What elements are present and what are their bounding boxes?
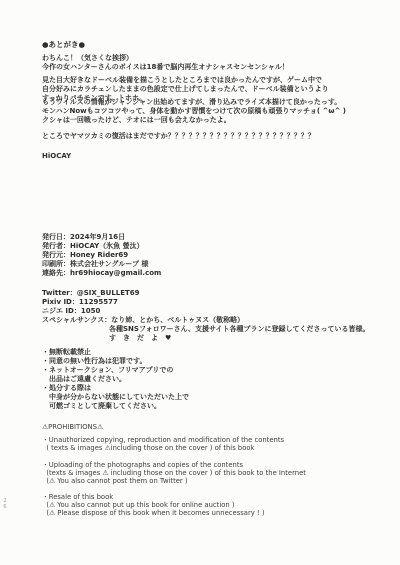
afterword-paragraph-wilds: もうワイルズの情報がジャンジャン出始めてますが、滑り込みでライズ本描けて良かった… (42, 98, 346, 125)
afterword-title: ●あとがき● (42, 40, 85, 49)
author-signature: HiOCAY (42, 152, 71, 161)
page-number: 26 (2, 498, 8, 510)
prohibition-item-copying: ・Unauthorized copying, reproduction and … (42, 436, 284, 452)
colophon-publisher: 発行者：HiOCAY（氷魚 螢汰） (42, 242, 144, 251)
afterword-paragraph-greeting: わちんこ！（気さくな挨拶） 今作の女ハンターさんのボイスは18番で脳内再生オナシ… (42, 54, 289, 72)
colophon-contact-email: 連絡先：hr69hiocay@gmail.com (42, 269, 161, 278)
notice-no-repost: ・無断転載禁止 (42, 348, 91, 357)
prohibition-item-resale: ・Resale of this book (⚠ You also cannot … (42, 493, 264, 517)
afterword-question-line: ところでヤマツカミの復活はまだですか？？？？？？？？？？？？？？？？？？？？？ (42, 132, 315, 141)
prohibition-item-uploading: ・Uploading of the photographs and copies… (42, 461, 306, 485)
notice-disposal: ・処分する際は 中身が分からない状態にしていただいた上で 可燃ゴミとして廃棄して… (42, 384, 189, 411)
special-thanks: スペシャルサンクス：なり姉、とかち、ベルトゥヌス（敬称略） 各種SNSフォロワー… (42, 316, 370, 343)
prohibitions-title: ⚠PROHIBITIONS⚠ (42, 423, 103, 431)
sns-pixiv-id: Pixiv ID：11295577 (42, 298, 118, 307)
colophon-label: 発行元：Honey Rider69 (42, 251, 128, 260)
sns-twitter-handle: Twitter：@SIX_BULLET69 (42, 289, 140, 298)
notice-no-auction: ・ネットオークション、フリマアプリでの 出品はご遠慮ください。 (42, 366, 173, 384)
notice-consent: ・同意の無い性行為は犯罪です。 (42, 357, 146, 366)
colophon-printer: 印刷所：株式会社サングループ 様 (42, 260, 148, 269)
sns-nijie-id: ニジエ ID：1050 (42, 307, 100, 316)
colophon-publish-date: 発行日：2024年9月16日 (42, 233, 125, 242)
afterword-page: ●あとがき● わちんこ！（気さくな挨拶） 今作の女ハンターさんのボイスは18番で… (0, 0, 400, 565)
